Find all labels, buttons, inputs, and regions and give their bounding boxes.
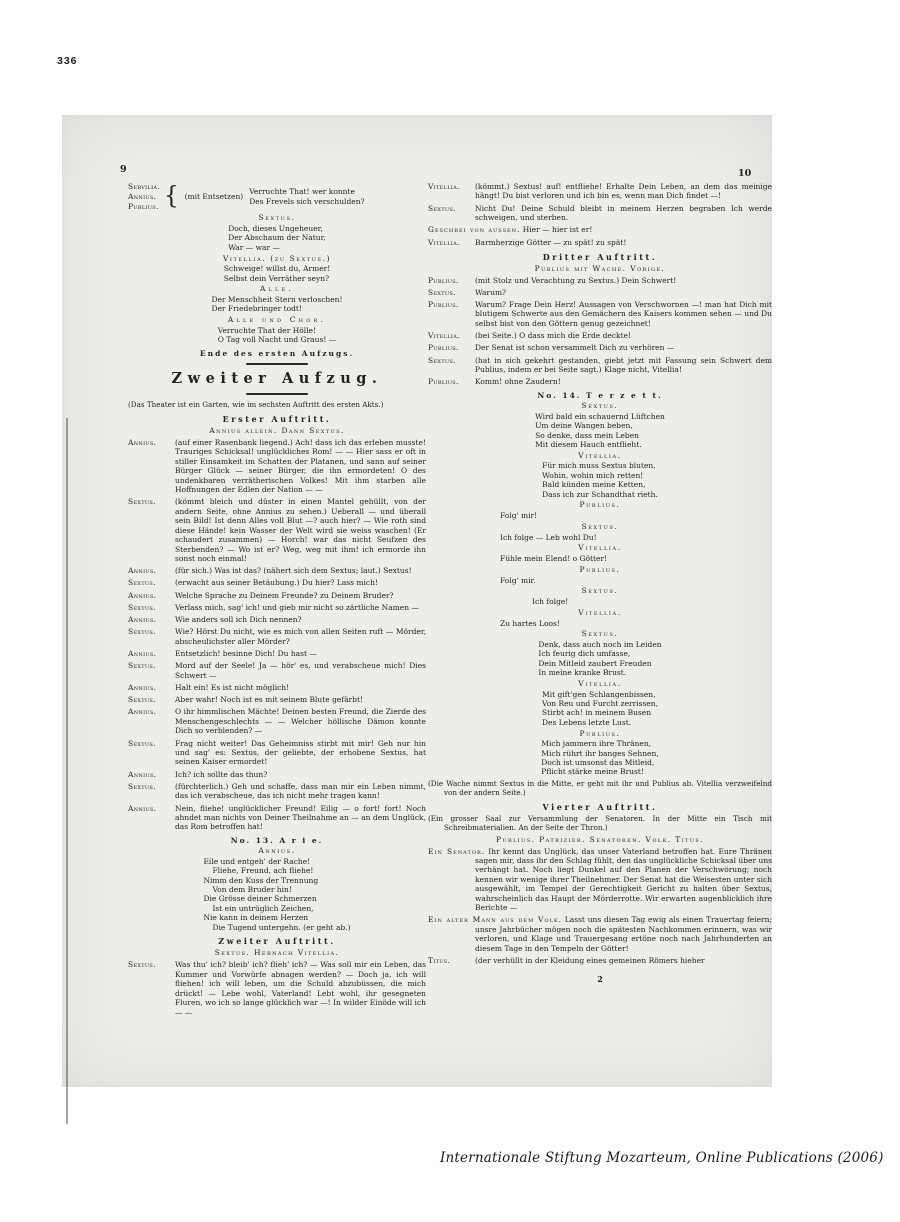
speaker-heading: Sextus. <box>428 523 772 532</box>
speaker-heading: Sextus. <box>428 402 772 411</box>
verse-line: In meine kranke Brust. <box>538 668 661 677</box>
verse-line: Doch ist umsonst das Mitleid, <box>541 758 658 767</box>
speaker-label: Sextus. <box>128 603 156 612</box>
verse-line: Der Abschaum der Natur, <box>228 233 326 242</box>
verse-block: Zu hartes Loos! <box>500 619 560 628</box>
dialog-text: Warum? Frage Dein Herz! Aussagen von Ver… <box>475 300 772 328</box>
dialog-text: (erwacht aus seiner Betäubung.) Du hier?… <box>175 578 378 587</box>
dialog-text: (mit Stolz und Verachtung zu Sextus.) De… <box>475 276 676 285</box>
speaker-label: Vitellia. <box>428 182 460 191</box>
page-number: 10 <box>738 168 751 179</box>
speaker-label: Annius. <box>128 804 156 813</box>
dialog-entry: Annius.Wie anders soll ich Dich nennen? <box>128 615 426 624</box>
speaker-label: Annius. <box>128 683 156 692</box>
verse-line: Ich feurig dich umfasse, <box>538 649 661 658</box>
speaker-label: Sextus. <box>128 661 156 670</box>
dialog-text: Verlass mich, sag' ich! und gieb mir nic… <box>175 603 419 612</box>
verse-line: War — war — <box>228 243 326 252</box>
speaker-heading: Vitellia. <box>428 544 772 553</box>
verse-block: Folg' mir. <box>500 576 536 585</box>
dialog-entry: Vitellia.(bei Seite.) O dass mich die Er… <box>428 331 772 340</box>
verse-line: Folg' mir! <box>500 511 537 520</box>
verse-block: Mich jammern ihre Thränen,Mich rührt ihr… <box>541 739 658 777</box>
verse-line: Fliehe, Freund, ach fliehe! <box>212 866 350 875</box>
speaker-heading: Publius. <box>428 501 772 510</box>
speaker-label: Sextus. <box>128 739 156 748</box>
stage-direction: (Das Theater ist ein Garten, wie im sech… <box>128 400 426 409</box>
dialog-entry: Sextus.Frag nicht weiter! Das Geheimniss… <box>128 739 426 767</box>
dialog-text: Frag nicht weiter! Das Geheimniss stirbt… <box>175 739 426 767</box>
verse-line: Des Frevels sich verschulden? <box>249 197 364 206</box>
stage-direction: (Ein grosser Saal zur Versammlung der Se… <box>428 814 772 832</box>
dialog-text: (für sich.) Was ist das? (nähert sich de… <box>175 566 412 575</box>
dialog-text: Entsetzlich! besinne Dich! Du hast — <box>175 649 317 658</box>
dialog-text: Der Senat ist schon versammelt Dich zu v… <box>475 343 674 352</box>
speaker-heading: Alle. <box>128 285 426 294</box>
speaker-heading: Publius. <box>428 730 772 739</box>
speaker-heading: Annius. <box>128 847 426 856</box>
verse-line: Stirbt ach! in meinem Busen <box>542 708 658 717</box>
speaker-label-group: Servilia.Annius.Publius. <box>128 182 160 211</box>
dialog-entry: Publius.(mit Stolz und Verachtung zu Sex… <box>428 276 772 285</box>
verse-line: Ich folge! <box>532 597 568 606</box>
dialog-entry: Sextus.Nicht Du! Deine Schuld bleibt in … <box>428 204 772 223</box>
speaker-label: Sextus. <box>128 578 156 587</box>
dialog-entry: Sextus.Wie? Hörst Du nicht, wie es mich … <box>128 627 426 646</box>
verse-block: Eile und entgeh' der Rache!Fliehe, Freun… <box>203 857 350 932</box>
verse-line: Mich rührt ihr banges Sehnen, <box>541 749 658 758</box>
speaker-label: Annius. <box>128 707 156 716</box>
verse-line: Für mich muss Sextus bluten, <box>542 461 658 470</box>
speaker-label: Ein Senator. <box>428 847 485 856</box>
speaker-label: Vitellia. <box>428 238 460 247</box>
page-number: 9 <box>120 164 127 175</box>
dialog-text: Wie anders soll ich Dich nennen? <box>175 615 302 624</box>
verse-line: Fühle mein Elend! o Götter! <box>500 554 607 563</box>
dialog-text: Nicht Du! Deine Schuld bleibt in meinem … <box>475 204 772 222</box>
verse-block: Für mich muss Sextus bluten,Wohin, wohin… <box>542 461 658 499</box>
scene-heading: Vierter Auftritt. <box>428 802 772 812</box>
dialog-entry: Sextus.Verlass mich, sag' ich! und gieb … <box>128 603 426 612</box>
verse-line: Pflicht stärke meine Brust! <box>541 767 658 776</box>
dialog-entry: Annius.(auf einer Rasenbank liegend.) Ac… <box>128 438 426 495</box>
act-heading: Zweiter Aufzug. <box>128 370 426 388</box>
dialog-entry: Annius.Halt ein! Es ist nicht möglich! <box>128 683 426 692</box>
dialog-entry: Annius.Entsetzlich! besinne Dich! Du has… <box>128 649 426 658</box>
speaker-label: Sextus. <box>128 695 156 704</box>
verse-block: Verruchte That der Hölle!O Tag voll Nach… <box>218 326 336 345</box>
speaker-heading: Vitellia. <box>428 609 772 618</box>
verse-line: Wird bald ein schauernd Lüftchen <box>535 412 665 421</box>
speaker-label: Annius. <box>128 591 156 600</box>
verse-line: Der Menschheit Stern verloschen! <box>211 295 342 304</box>
verse-line: Ist ein untrüglich Zeichen, <box>212 904 350 913</box>
number-heading: No. 13. A r i e. <box>128 836 426 845</box>
dialog-entry: Sextus.(fürchterlich.) Geh und schaffe, … <box>128 782 426 801</box>
dialog-text: (auf einer Rasenbank liegend.) Ach! dass… <box>175 438 426 494</box>
speaker-label: Sextus. <box>428 288 456 297</box>
dialog-text: (hat in sich gekehrt gestanden, giebt je… <box>475 356 772 374</box>
dialog-entry: Annius.Ich? ich sollte das thun? <box>128 770 426 779</box>
dialog-text: Welche Sprache zu Deinem Freunde? zu Dei… <box>175 591 394 600</box>
dialog-entry: Geschrei von aussen. Hier — hier ist er! <box>428 225 772 234</box>
dialog-text: (bei Seite.) O dass mich die Erde deckte… <box>475 331 631 340</box>
speaker-label: Sextus. <box>128 627 156 636</box>
verse-line: Mit diesem Hauch entflieht. <box>535 440 665 449</box>
verse-line: Mit gift'gen Schlangenbissen, <box>542 690 658 699</box>
dialog-entry: Annius.O ihr himmlischen Mächte! Deinen … <box>128 707 426 735</box>
dialog-entry: Sextus.Was thu' ich? bleib' ich? flieh' … <box>128 960 426 1017</box>
speaker-label: Vitellia. <box>428 331 460 340</box>
cast-list: Publius. Patrizier. Senatoren. Volk. Tit… <box>428 835 772 844</box>
stage-direction: (mit Entsetzen) <box>185 192 244 201</box>
page-10-column: Vitellia.(kömmt.) Sextus! auf! entfliehe… <box>428 182 772 984</box>
speaker-label: Publius. <box>428 343 459 352</box>
verse-line: Selbst dein Verräther seyn? <box>224 274 330 283</box>
dialog-text: Wie? Hörst Du nicht, wie es mich von all… <box>175 627 426 645</box>
verse-line: Ich folge — Leb wohl Du! <box>500 533 597 542</box>
number-heading: Ende des ersten Aufzugs. <box>128 349 426 358</box>
verse-block: Schweige! willst du, Armer!Selbst dein V… <box>224 264 330 283</box>
dialog-text: (fürchterlich.) Geh und schaffe, dass ma… <box>175 782 426 800</box>
scanned-page: 9 10 Servilia.Annius.Publius.{(mit Entse… <box>62 115 772 1087</box>
dialog-entry: Sextus.Aber wahr! Noch ist es mit seinem… <box>128 695 426 704</box>
verse-block: Denk, dass auch noch im LeidenIch feurig… <box>538 640 661 678</box>
verse-line: Von Reu und Furcht zerrissen, <box>542 699 658 708</box>
speaker-label: Publius. <box>428 276 459 285</box>
verse-line: So denke, dass mein Leben <box>535 431 665 440</box>
speaker-label: Annius. <box>128 566 156 575</box>
dialog-text: (kömmt bleich und düster in einen Mantel… <box>175 497 426 563</box>
speaker-label: Sextus. <box>428 356 456 365</box>
dialog-text: Halt ein! Es ist nicht möglich! <box>175 683 289 692</box>
dialog-entry: Sextus.(erwacht aus seiner Betäubung.) D… <box>128 578 426 587</box>
dialog-entry: Sextus.(kömmt bleich und düster in einen… <box>128 497 426 563</box>
dialog-entry: Ein alter Mann aus dem Volk. Lasst uns d… <box>428 915 772 953</box>
verse-line: Die Grösse deiner Schmerzen <box>203 894 350 903</box>
verse-line: Wohin, wohin mich retten! <box>542 471 658 480</box>
verse-line: Doch, dieses Ungeheuer, <box>228 224 326 233</box>
speaker-label: Publius. <box>428 300 459 309</box>
speaker-heading: Alle und Chor. <box>128 316 426 325</box>
dialog-text: Barmherzige Götter — zu spät! zu spät! <box>475 238 626 247</box>
folio-number: 336 <box>57 55 78 67</box>
speaker-heading: Publius. <box>428 566 772 575</box>
dialog-text: (der verhüllt in der Kleidung eines geme… <box>475 956 705 965</box>
publication-caption: Internationale Stiftung Mozarteum, Onlin… <box>440 1150 860 1166</box>
verse-line: Folg' mir. <box>500 576 536 585</box>
speaker-label: Annius. <box>128 770 156 779</box>
speaker-label: Titus. <box>428 956 450 965</box>
speaker-label: Sextus. <box>128 960 156 969</box>
verse-line: Von dem Bruder hin! <box>212 885 350 894</box>
number-heading: No. 14. T e r z e t t. <box>428 391 772 400</box>
dialog-entry: Annius.(für sich.) Was ist das? (nähert … <box>128 566 426 575</box>
dialog-text: (kömmt.) Sextus! auf! entfliehe! Erhalte… <box>475 182 772 200</box>
verse-line: Denk, dass auch noch im Leiden <box>538 640 661 649</box>
verse-line: Die Tugend untergehn. (er geht ab.) <box>212 923 350 932</box>
page-9-column: Servilia.Annius.Publius.{(mit Entsetzen)… <box>128 182 426 1020</box>
verse-block: Doch, dieses Ungeheuer,Der Abschaum der … <box>228 224 326 252</box>
dialog-entry: Publius.Der Senat ist schon versammelt D… <box>428 343 772 352</box>
verse-line: Verruchte That! wer konnte <box>249 187 364 196</box>
cast-list: Publius mit Wache. Vorige. <box>428 264 772 273</box>
dialog-entry: Publius.Warum? Frage Dein Herz! Aussagen… <box>428 300 772 328</box>
verse-line: O Tag voll Nacht und Graus! — <box>218 335 336 344</box>
speaker-label: Annius. <box>128 438 156 447</box>
dialog-entry: Vitellia.(kömmt.) Sextus! auf! entfliehe… <box>428 182 772 201</box>
scene-heading: Dritter Auftritt. <box>428 252 772 262</box>
dialog-text: Aber wahr! Noch ist es mit seinem Blute … <box>175 695 363 704</box>
verse-line: Verruchte That der Hölle! <box>218 326 336 335</box>
dialog-entry: Sextus.Warum? <box>428 288 772 297</box>
speaker-label: Sextus. <box>428 204 456 213</box>
stage-direction: (Die Wache nimmt Sextus in die Mitte, er… <box>428 779 772 797</box>
verse-line: Um deine Wangen beben, <box>535 421 665 430</box>
section-rule <box>246 393 308 395</box>
dialog-text: Ich? ich sollte das thun? <box>175 770 267 779</box>
verse-line: Nimm den Kuss der Trennung <box>203 876 350 885</box>
speaker-label: Geschrei von aussen. <box>428 225 520 234</box>
speaker-label: Publius. <box>128 202 160 212</box>
speaker-heading: Sextus. <box>428 587 772 596</box>
verse-line: Eile und entgeh' der Rache! <box>203 857 350 866</box>
dialog-text: Warum? <box>475 288 506 297</box>
verse-line: Dein Mitleid zaubert Freuden <box>538 659 661 668</box>
verse-line: Zu hartes Loos! <box>500 619 560 628</box>
cast-list: Annius allein. Dann Sextus. <box>128 426 426 435</box>
verse-block: Der Menschheit Stern verloschen!Der Frie… <box>211 295 342 314</box>
dialog-text: Nein, fliehe! unglücklicher Freund! Eili… <box>175 804 426 832</box>
dialog-entry: Sextus.Mord auf der Seele! Ja — hör' es,… <box>128 661 426 680</box>
verse-block: Ich folge! <box>532 597 568 606</box>
verse-line: Bald künden meine Ketten, <box>542 480 658 489</box>
verse-line: Der Friedebringer todt! <box>211 304 342 313</box>
verse-line: Nie kann in deinem Herzen <box>203 913 350 922</box>
dialog-text: O ihr himmlischen Mächte! Deinen besten … <box>175 707 426 735</box>
speaker-heading: Vitellia. <box>428 680 772 689</box>
verse-block: Folg' mir! <box>500 511 537 520</box>
dialog-text: Hier — hier ist er! <box>523 225 593 234</box>
dialog-entry: Vitellia.Barmherzige Götter — zu spät! z… <box>428 238 772 247</box>
dialog-entry: Annius.Nein, fliehe! unglücklicher Freun… <box>128 804 426 832</box>
speaker-heading: Sextus. <box>428 630 772 639</box>
speaker-label: Annius. <box>128 615 156 624</box>
dialog-entry: Titus.(der verhüllt in der Kleidung eine… <box>428 956 772 965</box>
speaker-label: Sextus. <box>128 782 156 791</box>
verse-block: Verruchte That! wer konnteDes Frevels si… <box>249 187 364 206</box>
speaker-label: Annius. <box>128 649 156 658</box>
scene-heading: Erster Auftritt. <box>128 414 426 424</box>
verse-line: Mich jammern ihre Thränen, <box>541 739 658 748</box>
speaker-heading: Vitellia. <box>428 452 772 461</box>
verse-line: Dass ich zur Schandthat rieth. <box>542 490 658 499</box>
speaker-label: Servilia. <box>128 182 160 192</box>
speaker-label: Publius. <box>428 377 459 386</box>
dialog-entry: Publius.Komm! ohne Zaudern! <box>428 377 772 386</box>
verse-block: Wird bald ein schauernd LüftchenUm deine… <box>535 412 665 450</box>
grouped-speakers: Servilia.Annius.Publius.{(mit Entsetzen)… <box>128 182 426 211</box>
brace-icon: { <box>164 185 179 209</box>
section-rule <box>246 363 308 365</box>
dialog-entry: Ein Senator. Ihr kennt das Unglück, das … <box>428 847 772 913</box>
dialog-text: Was thu' ich? bleib' ich? flieh' ich? — … <box>175 960 426 1016</box>
verse-line: Des Lebens letzte Lust. <box>542 718 658 727</box>
speaker-heading: Sextus. <box>128 214 426 223</box>
verse-block: Mit gift'gen Schlangenbissen,Von Reu und… <box>542 690 658 728</box>
scene-heading: Zweiter Auftritt. <box>128 936 426 946</box>
printer-signature: 2 <box>428 974 772 984</box>
page-edge-line <box>66 418 68 1124</box>
verse-block: Ich folge — Leb wohl Du! <box>500 533 597 542</box>
dialog-entry: Annius.Welche Sprache zu Deinem Freunde?… <box>128 591 426 600</box>
verse-block: Fühle mein Elend! o Götter! <box>500 554 607 563</box>
speaker-label: Annius. <box>128 192 160 202</box>
speaker-heading: Vitellia. (zu Sextus.) <box>128 255 426 264</box>
dialog-entry: Sextus.(hat in sich gekehrt gestanden, g… <box>428 356 772 375</box>
speaker-label: Sextus. <box>128 497 156 506</box>
verse-line: Schweige! willst du, Armer! <box>224 264 330 273</box>
speaker-label: Ein alter Mann aus dem Volk. <box>428 915 562 924</box>
dialog-text: Mord auf der Seele! Ja — hör' es, und ve… <box>175 661 426 679</box>
dialog-text: Ihr kennt das Unglück, das unser Vaterla… <box>475 847 772 913</box>
cast-list: Sextus. Hernach Vitellia. <box>128 948 426 957</box>
dialog-text: Komm! ohne Zaudern! <box>475 377 561 386</box>
